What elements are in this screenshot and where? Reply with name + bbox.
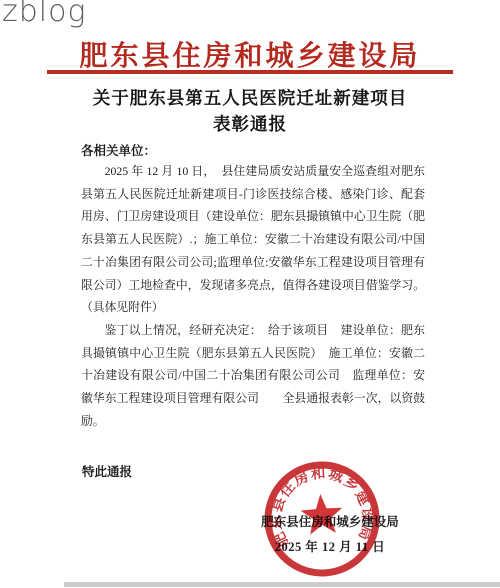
agency-letterhead: 肥东县住房和城乡建设局: [0, 34, 500, 74]
site-watermark: zblog: [2, 0, 86, 29]
letterhead-divider: [47, 70, 453, 74]
document-page: zblog 肥东县住房和城乡建设局 关于肥东县第五人民医院迁址新建项目 表彰通报…: [0, 0, 500, 588]
closing-phrase: 特此通报: [82, 462, 132, 480]
body-paragraph-2: 鉴丁以上情况，经研充决定： 给于该项目 建设单位：肥东具撮镇镇中心卫生院（肥东县…: [81, 319, 425, 433]
document-title-line1: 关于肥东县第五人民医院迁址新建项目: [0, 85, 500, 111]
document-title-line2: 表彰通报: [0, 111, 500, 137]
star-icon: [299, 493, 343, 536]
salutation: 各相关单位：: [81, 141, 156, 159]
body-paragraph-1: 2025 年 12 月 10 日， 县住建局质安站质量安全巡查组对肥东县第五人民…: [81, 160, 425, 319]
document-title: 关于肥东县第五人民医院迁址新建项目 表彰通报: [0, 85, 500, 137]
photo-edge-band: [64, 582, 500, 587]
official-seal-graphic: 肥东县住房和城乡建设局: [247, 444, 396, 588]
document-body: 2025 年 12 月 10 日， 县住建局质安站质量安全巡查组对肥东县第五人民…: [81, 160, 425, 432]
official-seal: 肥东县住房和城乡建设局: [247, 444, 396, 588]
